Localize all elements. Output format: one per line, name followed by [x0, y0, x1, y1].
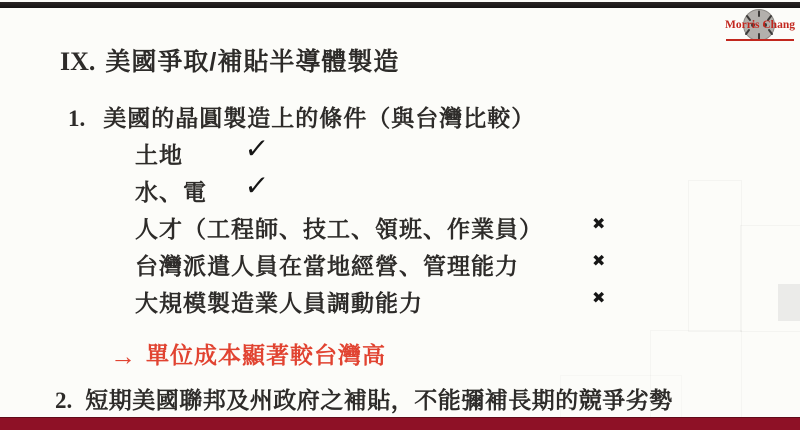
item2-number: 2. [55, 388, 72, 413]
arrow-right-icon: → [110, 341, 136, 371]
condition-label: 土地 [135, 142, 183, 168]
conclusion-text: 單位成本顯著較台灣高 [146, 342, 386, 368]
title-number: IX. [60, 47, 95, 76]
cross-icon: ✖ [592, 251, 605, 271]
title-text: 美國爭取/補貼半導體製造 [105, 48, 399, 76]
item1-text: 美國的晶圓製造上的條件（與台灣比較） [103, 105, 535, 131]
item1-number: 1. [68, 106, 85, 131]
conclusion-line: →單位成本顯著較台灣高 [110, 337, 386, 372]
top-border-bar [0, 2, 800, 8]
cross-icon: ✖ [592, 214, 605, 234]
compression-artifact [688, 180, 742, 332]
item1-heading: 1.美國的晶圓製造上的條件（與台灣比較） [68, 100, 535, 133]
condition-label: 人才（工程師、技工、領班、作業員） [135, 216, 543, 242]
slide: Morris Chang IX.美國爭取/補貼半導體製造 1.美國的晶圓製造上的… [0, 0, 800, 430]
slide-title: IX.美國爭取/補貼半導體製造 [60, 42, 399, 78]
condition-row-dispatch: 台灣派遣人員在當地經營、管理能力 ✖ [135, 248, 519, 276]
compression-artifact [778, 284, 800, 321]
condition-row-mobilization: 大規模製造業人員調動能力 ✖ [135, 285, 423, 313]
condition-label: 水、電 [135, 179, 207, 205]
condition-row-land: 土地 ✓ [135, 137, 183, 165]
logo-underline [726, 39, 794, 41]
morris-chang-logo: Morris Chang [722, 8, 798, 44]
item2-heading: 2.短期美國聯邦及州政府之補貼，不能彌補長期的競爭劣勢 [55, 382, 673, 415]
condition-label: 大規模製造業人員調動能力 [135, 290, 423, 316]
condition-label: 台灣派遣人員在當地經營、管理能力 [135, 253, 519, 279]
condition-row-talent: 人才（工程師、技工、領班、作業員） ✖ [135, 211, 543, 239]
logo-text: Morris Chang [722, 19, 798, 31]
item2-text: 短期美國聯邦及州政府之補貼，不能彌補長期的競爭劣勢 [85, 387, 673, 413]
condition-row-water-power: 水、電 ✓ [135, 174, 207, 202]
bottom-border-bar [0, 417, 800, 430]
cross-icon: ✖ [592, 288, 605, 308]
check-icon: ✓ [243, 169, 270, 202]
check-icon: ✓ [243, 132, 270, 165]
compression-artifact [740, 225, 800, 332]
